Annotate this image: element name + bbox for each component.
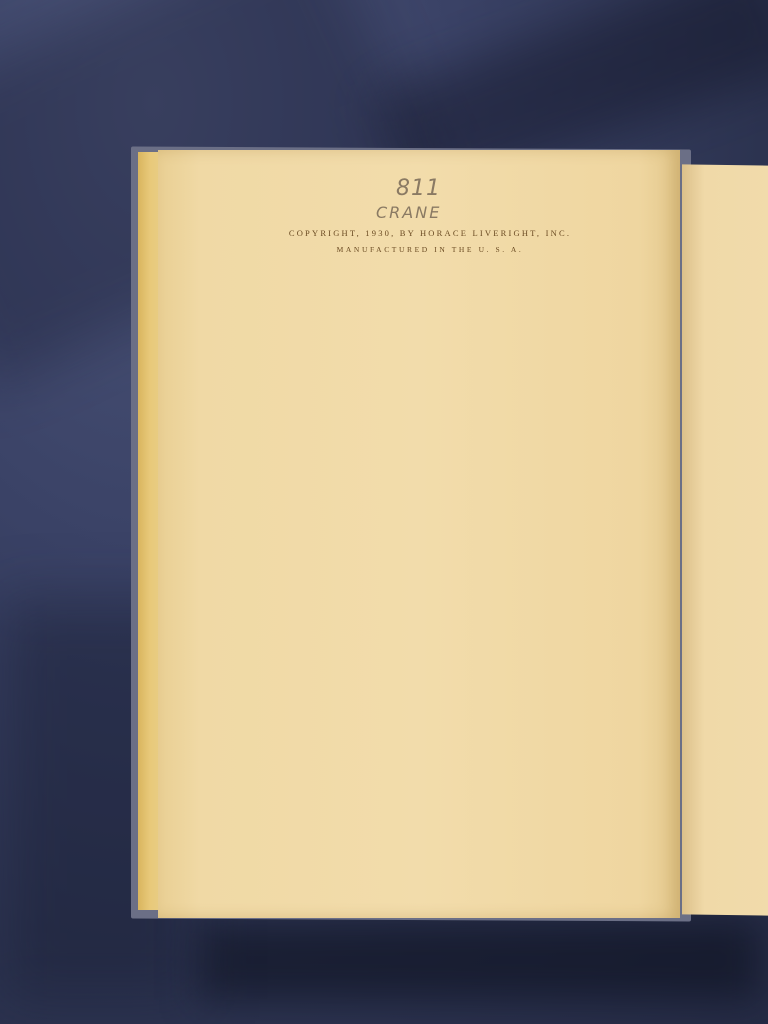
handwritten-call-number: 811 [396,176,441,201]
manufactured-line: Manufactured in the U. S. A. [160,245,700,254]
fabric-shadow [200,920,760,1000]
right-page [682,164,768,915]
handwritten-author-name: CRANE [376,203,441,222]
copyright-line: Copyright, 1930, by Horace Liveright, In… [160,228,700,238]
left-page [158,150,680,918]
